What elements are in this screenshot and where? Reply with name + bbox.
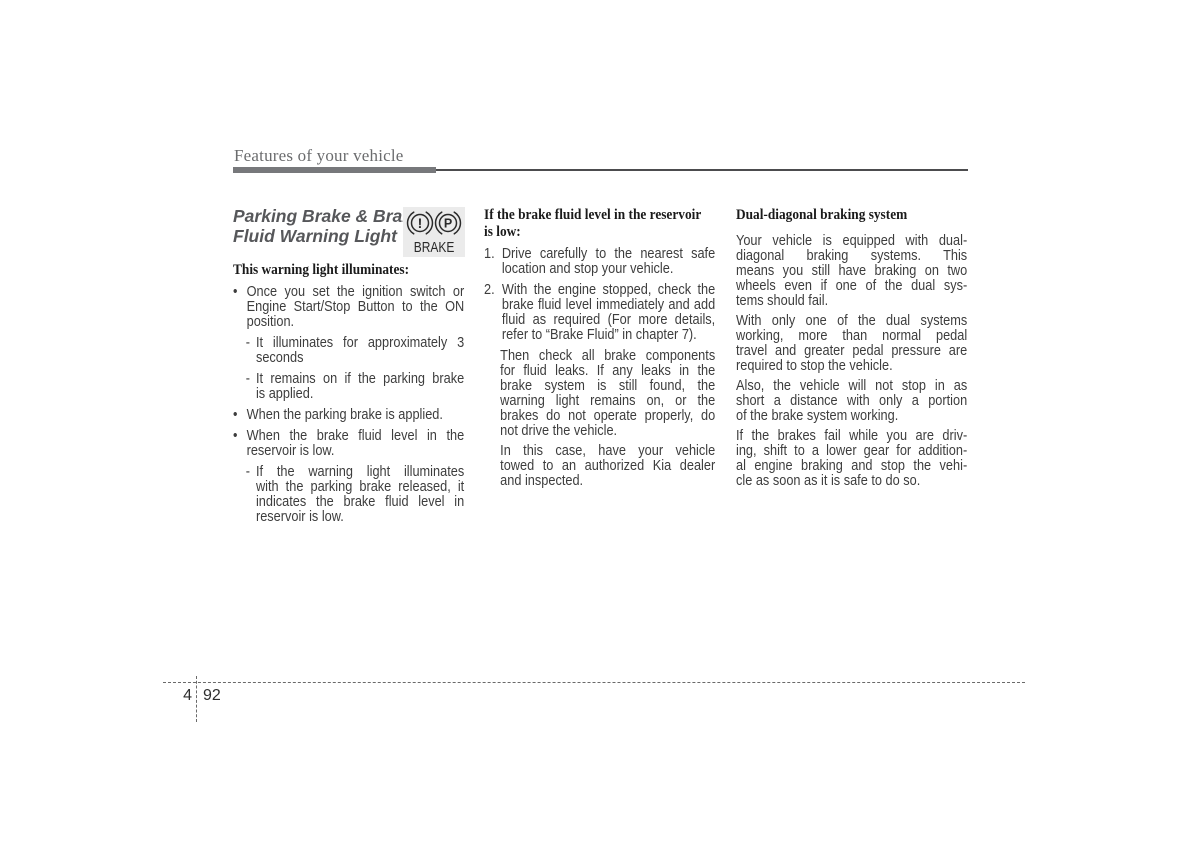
list-item: •Once you set the ignition switch orEngi… bbox=[233, 284, 464, 329]
list-marker: • bbox=[233, 284, 237, 299]
text-line: brakes do not operate properly, do bbox=[500, 408, 715, 423]
text-line: location and stop your vehicle. bbox=[502, 261, 715, 276]
column-body: 1.Drive carefully to the nearest safeloc… bbox=[484, 246, 715, 488]
column-body: •Once you set the ignition switch orEngi… bbox=[233, 284, 464, 524]
text-line: When the brake fluid level in the bbox=[247, 428, 465, 443]
list-item: -If the warning light illuminateswith th… bbox=[233, 464, 464, 524]
text-line: Once you set the ignition switch or bbox=[247, 284, 465, 299]
text-line: warning light remains on, or the bbox=[500, 393, 715, 408]
column-body: Your vehicle is equipped with dual-diago… bbox=[736, 233, 967, 488]
text-line: Engine Start/Stop Button to the ON bbox=[247, 299, 465, 314]
right-paren-arc bbox=[426, 212, 432, 234]
text-line: fluid as required (For more details, bbox=[502, 312, 715, 327]
text-line: for fluid leaks. If any leaks in the bbox=[500, 363, 715, 378]
list-marker: - bbox=[246, 371, 250, 386]
brake-warning-light-icon: ! P BRAKE bbox=[403, 207, 465, 257]
list-marker: - bbox=[246, 464, 250, 479]
text-line: with the parking brake released, it bbox=[256, 479, 464, 494]
text-line: It remains on if the parking brake bbox=[256, 371, 464, 386]
text-line: position. bbox=[247, 314, 465, 329]
text-line: seconds bbox=[256, 350, 464, 365]
column-right: Dual-diagonal braking systemYour vehicle… bbox=[736, 207, 967, 493]
right-paren-arc bbox=[454, 212, 460, 234]
list-item: •When the brake fluid level in thereserv… bbox=[233, 428, 464, 458]
exclamation-mark: ! bbox=[418, 215, 423, 231]
text-line: of the brake system working. bbox=[736, 408, 967, 423]
numbered-item: 1.Drive carefully to the nearest safeloc… bbox=[484, 246, 715, 276]
text-line: short a distance with only a portion bbox=[736, 393, 967, 408]
list-marker: - bbox=[246, 335, 250, 350]
text-line: indicates the brake fluid level in bbox=[256, 494, 464, 509]
list-item: -It remains on if the parking brakeis ap… bbox=[233, 371, 464, 401]
text-line: refer to “Brake Fluid” in chapter 7). bbox=[502, 327, 715, 342]
list-item: -It illuminates for approximately 3secon… bbox=[233, 335, 464, 365]
text-line: is applied. bbox=[256, 386, 464, 401]
text-line: al engine braking and stop the vehi- bbox=[736, 458, 967, 473]
list-marker: 2. bbox=[484, 282, 495, 297]
text-line: Your vehicle is equipped with dual- bbox=[736, 233, 967, 248]
list-marker: • bbox=[233, 407, 237, 422]
text-line: tems should fail. bbox=[736, 293, 967, 308]
text-line: means you still have braking on two bbox=[736, 263, 967, 278]
section-heading: If the brake fluid level in the reservoi… bbox=[484, 207, 715, 241]
page-header-title: Features of your vehicle bbox=[234, 146, 404, 166]
paragraph: With only one of the dual systemsworking… bbox=[736, 313, 967, 373]
text-line: If the brakes fail while you are driv- bbox=[736, 428, 967, 443]
section-heading: Dual-diagonal braking system bbox=[736, 207, 967, 224]
page-number: 92 bbox=[203, 687, 221, 705]
text-line: With the engine stopped, check the bbox=[502, 282, 715, 297]
text-line: travel and greater pedal pressure are bbox=[736, 343, 967, 358]
brake-label: BRAKE bbox=[414, 239, 455, 256]
chapter-number: 4 bbox=[168, 687, 192, 705]
paragraph: Then check all brake componentsfor fluid… bbox=[484, 348, 715, 438]
section-heading: This warning light illuminates: bbox=[233, 262, 464, 279]
paragraph: Also, the vehicle will not stop in assho… bbox=[736, 378, 967, 423]
column-middle: If the brake fluid level in the reservoi… bbox=[484, 207, 715, 493]
brake-warning-light-graphic: ! P BRAKE bbox=[403, 207, 465, 257]
text-line: working, more than normal pedal bbox=[736, 328, 967, 343]
text-line: required to stop the vehicle. bbox=[736, 358, 967, 373]
text-line: brake fluid level immediately and add bbox=[502, 297, 715, 312]
text-line: wheels even if one of the dual sys- bbox=[736, 278, 967, 293]
text-line: not drive the vehicle. bbox=[500, 423, 715, 438]
text-line: Drive carefully to the nearest safe bbox=[502, 246, 715, 261]
text-line: diagonal braking systems. This bbox=[736, 248, 967, 263]
list-marker: 1. bbox=[484, 246, 495, 261]
text-line: Then check all brake components bbox=[500, 348, 715, 363]
paragraph: Your vehicle is equipped with dual-diago… bbox=[736, 233, 967, 308]
numbered-item: 2.With the engine stopped, check thebrak… bbox=[484, 282, 715, 342]
text-line: brake system is still found, the bbox=[500, 378, 715, 393]
text-line: With only one of the dual systems bbox=[736, 313, 967, 328]
text-line: reservoir is low. bbox=[256, 509, 464, 524]
text-line: Also, the vehicle will not stop in as bbox=[736, 378, 967, 393]
text-line: cle as soon as it is safe to do so. bbox=[736, 473, 967, 488]
text-line: towed to an authorized Kia dealer bbox=[500, 458, 715, 473]
paragraph: In this case, have your vehicletowed to … bbox=[484, 443, 715, 488]
left-paren-arc bbox=[436, 212, 442, 234]
text-line: and inspected. bbox=[500, 473, 715, 488]
text-line: In this case, have your vehicle bbox=[500, 443, 715, 458]
footer-rule bbox=[163, 682, 1025, 683]
parking-letter: P bbox=[444, 217, 452, 231]
left-paren-arc bbox=[408, 212, 414, 234]
text-line: When the parking brake is applied. bbox=[247, 407, 465, 422]
header-rule-thick bbox=[233, 167, 436, 173]
list-marker: • bbox=[233, 428, 237, 443]
paragraph: If the brakes fail while you are driv-in… bbox=[736, 428, 967, 488]
text-line: It illuminates for approximately 3 bbox=[256, 335, 464, 350]
text-line: If the warning light illuminates bbox=[256, 464, 464, 479]
list-item: •When the parking brake is applied. bbox=[233, 407, 464, 422]
text-line: ing, shift to a lower gear for addition- bbox=[736, 443, 967, 458]
footer-divider bbox=[196, 676, 197, 722]
manual-page: Features of your vehicle Parking Brake &… bbox=[0, 0, 1200, 848]
text-line: reservoir is low. bbox=[247, 443, 465, 458]
